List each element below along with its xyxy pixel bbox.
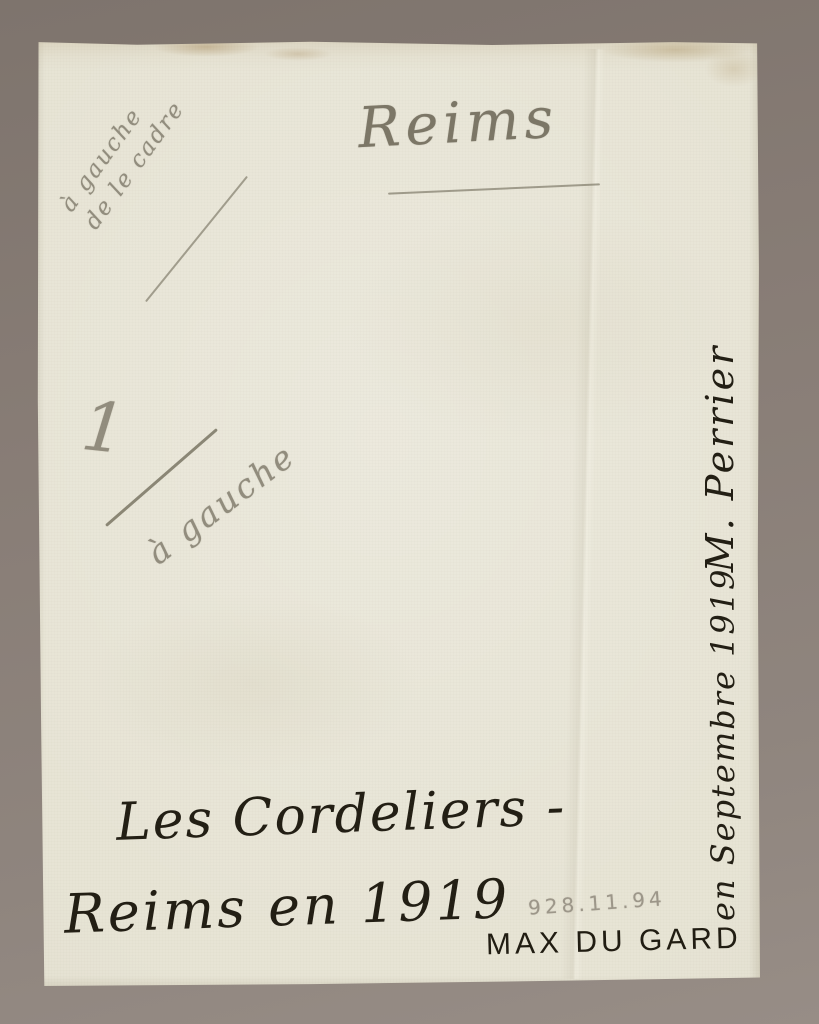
inscription-perrier-name: M. Perrier xyxy=(698,328,748,588)
inscription-artist-name: MAX DU GARD xyxy=(486,922,742,963)
inventory-number: 928.11.94 xyxy=(527,886,666,920)
photo-background: Reims à gauche de le cadre 1 à gauche M.… xyxy=(0,0,819,1024)
paper-sheet: Reims à gauche de le cadre 1 à gauche M.… xyxy=(36,41,760,986)
pencil-note-mid-left: à gauche xyxy=(139,415,330,573)
paper-crease xyxy=(561,49,612,979)
reims-underline-stroke xyxy=(388,183,600,194)
pencil-stroke-top-left xyxy=(145,176,248,302)
inscription-numeral-one: 1 xyxy=(78,387,129,470)
inscription-reims-title: Reims xyxy=(356,86,559,161)
inscription-les-cordeliers: Les Cordeliers - xyxy=(115,777,567,853)
pencil-note-top-left: à gauche de le cadre xyxy=(54,79,191,236)
inscription-reims-1919: Reims en 1919 xyxy=(63,867,511,946)
inscription-date-september: en Septembre 1919 xyxy=(704,581,756,921)
